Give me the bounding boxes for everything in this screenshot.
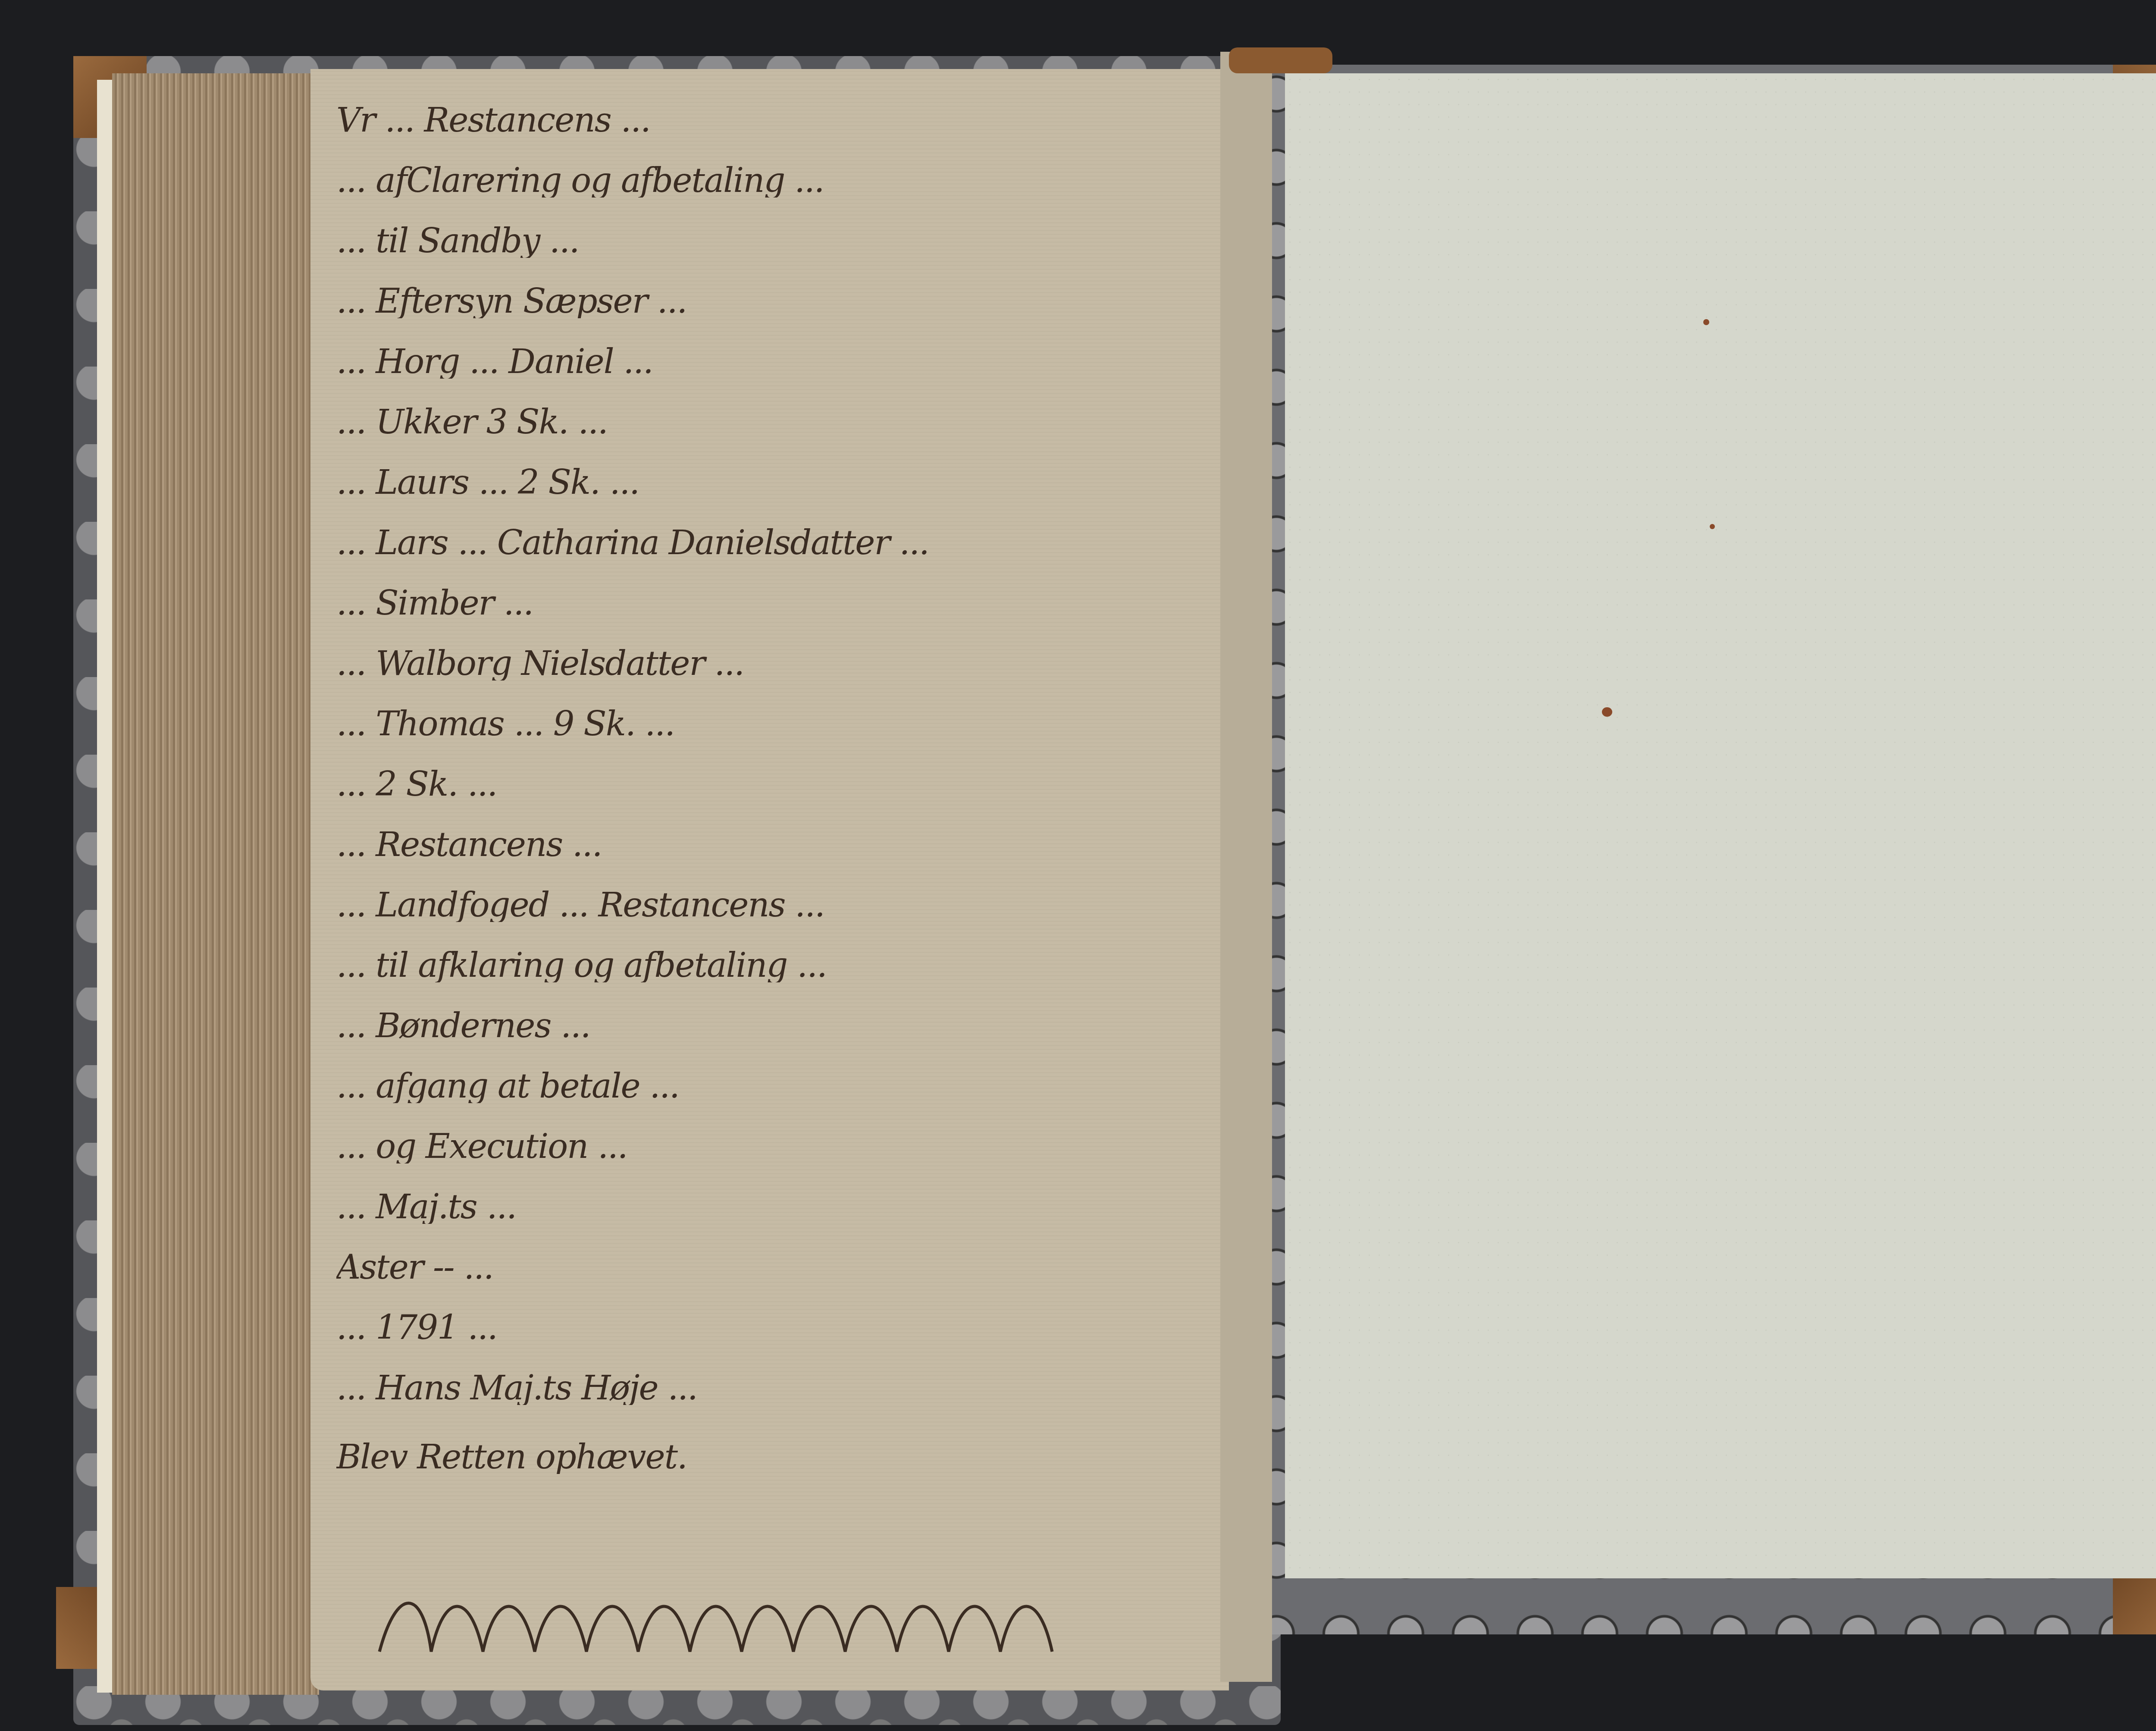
text-line: Vr ... Restancens ... [336,103,1216,137]
text-line: ... Restancens ... [336,828,1216,862]
page-block-fore-edge [112,73,319,1695]
text-line: Blev Retten ophævet. [336,1440,1216,1474]
closing-flourish-icon [371,1587,1181,1669]
foxing-spot [1602,707,1612,717]
text-line: ... Lars ... Catharina Danielsdatter ... [336,526,1216,560]
text-line: ... afClarering og afbetaling ... [336,164,1216,198]
text-line: ... og Execution ... [336,1130,1216,1163]
spine-gutter [1220,52,1272,1682]
text-line: ... Thomas ... 9 Sk. ... [336,707,1216,741]
text-line: ... Walborg Nielsdatter ... [336,647,1216,680]
flyleaf-edge [97,80,114,1693]
text-line: ... Bøndernes ... [336,1009,1216,1043]
text-line: ... Horg ... Daniel ... [336,345,1216,379]
text-line: ... Hans Maj.ts Høje ... [336,1371,1216,1405]
blank-page [1285,73,2156,1578]
text-line: ... til afklaring og afbetaling ... [336,949,1216,982]
text-line: ... Landfoged ... Restancens ... [336,888,1216,922]
text-line: ... til Sandby ... [336,224,1216,258]
text-line: ... Eftersyn Sæpser ... [336,285,1216,318]
text-line: ... Ukker 3 Sk. ... [336,405,1216,439]
text-line: ... 2 Sk. ... [336,768,1216,801]
text-line: ... Maj.ts ... [336,1190,1216,1224]
spine-leather-head [1229,47,1332,73]
text-line: Aster -- ... [336,1251,1216,1284]
text-line: ... afgang at betale ... [336,1069,1216,1103]
text-line: ... Laurs ... 2 Sk. ... [336,466,1216,499]
text-line: ... Simber ... [336,586,1216,620]
foxing-spot [1703,319,1709,325]
foxing-spot [1710,524,1715,529]
text-line: ... 1791 ... [336,1311,1216,1345]
